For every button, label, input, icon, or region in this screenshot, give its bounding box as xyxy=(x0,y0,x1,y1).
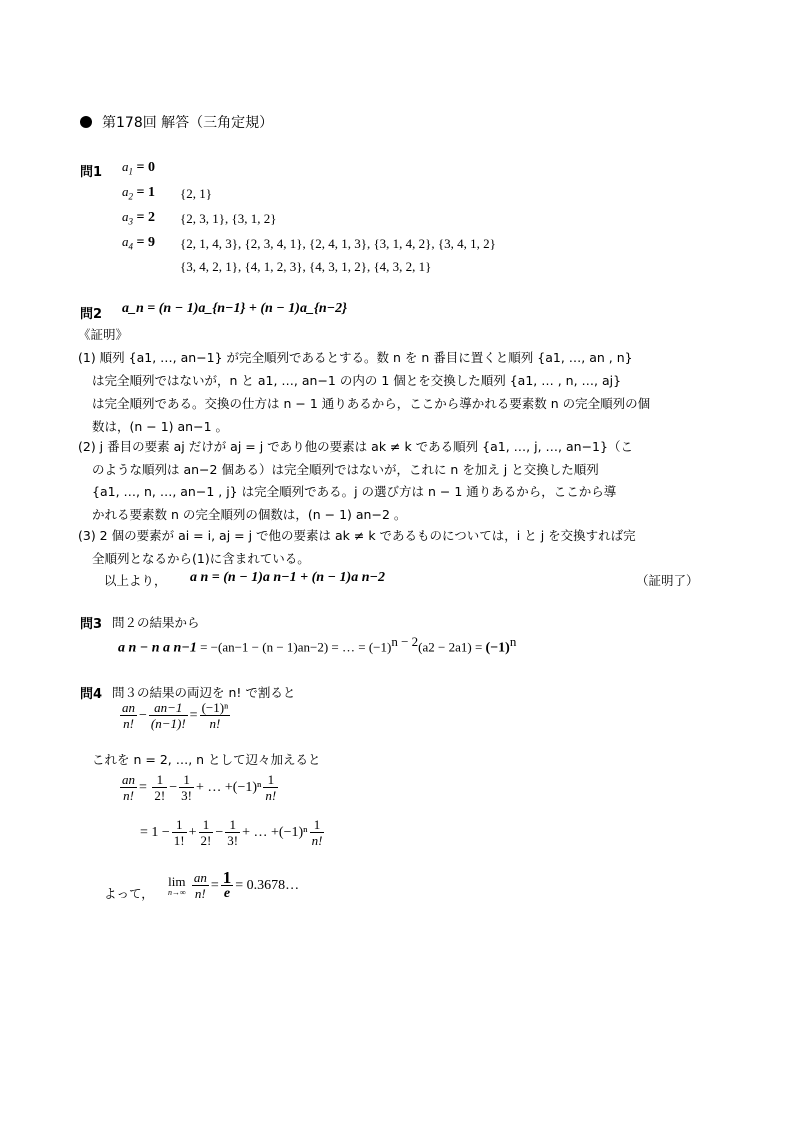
q3-intro: 問２の結果から xyxy=(112,613,200,631)
page-title: 第178回 解答（三角定規） xyxy=(80,112,273,132)
q1-perms-4: {2, 1, 4, 3}, {2, 3, 4, 1}, {2, 4, 1, 3}… xyxy=(180,236,496,252)
proof-2-line-4: かれる要素数 n の完全順列の個数は，(n − 1) an−2 。 xyxy=(92,505,406,523)
q1-row-2: a2 = 1 xyxy=(122,184,155,202)
proof-2-line-2: のような順列は an−2 個ある）は完全順列ではないが，これに n を加え j … xyxy=(92,460,599,478)
proof-1-line-4: 数は，(n − 1) an−1 。 xyxy=(92,417,228,435)
conclusion-prefix: 以上より， xyxy=(104,571,167,589)
conclusion-formula: a n = (n − 1)a n−1 + (n − 1)a n−2 xyxy=(190,570,385,586)
title-text: 第178回 解答（三角定規） xyxy=(102,115,273,131)
q4-equation-2: ann!= 12!−13!+ … +(−1)ⁿ1n! xyxy=(118,772,280,803)
proof-3-line-2: 全順列となるから(1)に含まれている。 xyxy=(92,549,310,567)
qed-mark: （証明了） xyxy=(636,571,699,589)
q4-equation-3: = 1 −11!+12!−13!+ … +(−1)ⁿ1n! xyxy=(140,817,326,848)
q1-perms-4-cont: {3, 4, 2, 1}, {4, 1, 2, 3}, {4, 3, 1, 2}… xyxy=(180,259,431,275)
q2-formula: a_n = (n − 1)a_{n−1} + (n − 1)a_{n−2} xyxy=(122,301,347,317)
proof-1-line-3: は完全順列である。交換の仕方は n − 1 通りあるから，ここから導かれる要素数… xyxy=(92,394,650,412)
q4-equation-1: ann!−an−1(n−1)!=(−1)ⁿn! xyxy=(118,700,232,731)
q4-sum-text: これを n = 2, …, n として辺々加えると xyxy=(92,750,321,768)
proof-1-line-2: は完全順列ではないが，n と a1, …, an−1 の内の 1 個とを交換した… xyxy=(92,371,621,389)
bullet-icon xyxy=(80,116,92,128)
proof-label: 《証明》 xyxy=(78,325,128,343)
final-prefix: よって， xyxy=(104,884,154,902)
proof-2-line-1: (2) j 番目の要素 aj だけが aj = j であり他の要素は ak ≠ … xyxy=(78,437,633,455)
q1-label: 問1 xyxy=(80,161,102,180)
q3-label: 問3 xyxy=(80,613,102,632)
proof-2-line-3: {a1, …, n, …, an−1 , j} は完全順列である。j の選び方は… xyxy=(92,482,616,500)
q1-row-1: a1 = 0 xyxy=(122,159,155,177)
q4-label: 問4 xyxy=(80,683,102,702)
q1-perms-2: {2, 1} xyxy=(180,186,212,202)
final-limit: limn→∞ ann!=1e= 0.3678… xyxy=(168,870,299,901)
proof-1-line-1: (1) 順列 {a1, …, an−1} が完全順列であるとする。数 n を n… xyxy=(78,348,633,366)
q4-intro: 問３の結果の両辺を n! で割ると xyxy=(112,683,295,701)
q3-formula: a n − n a n−1 = −(an−1 − (n − 1)an−2) = … xyxy=(118,634,516,656)
q1-row-3: a3 = 2 xyxy=(122,209,155,227)
proof-3-line-1: (3) 2 個の要素が ai = i, aj = j で他の要素は ak ≠ k… xyxy=(78,526,636,544)
q1-perms-3: {2, 3, 1}, {3, 1, 2} xyxy=(180,211,276,227)
q1-row-4: a4 = 9 xyxy=(122,234,155,252)
q2-label: 問2 xyxy=(80,303,102,322)
